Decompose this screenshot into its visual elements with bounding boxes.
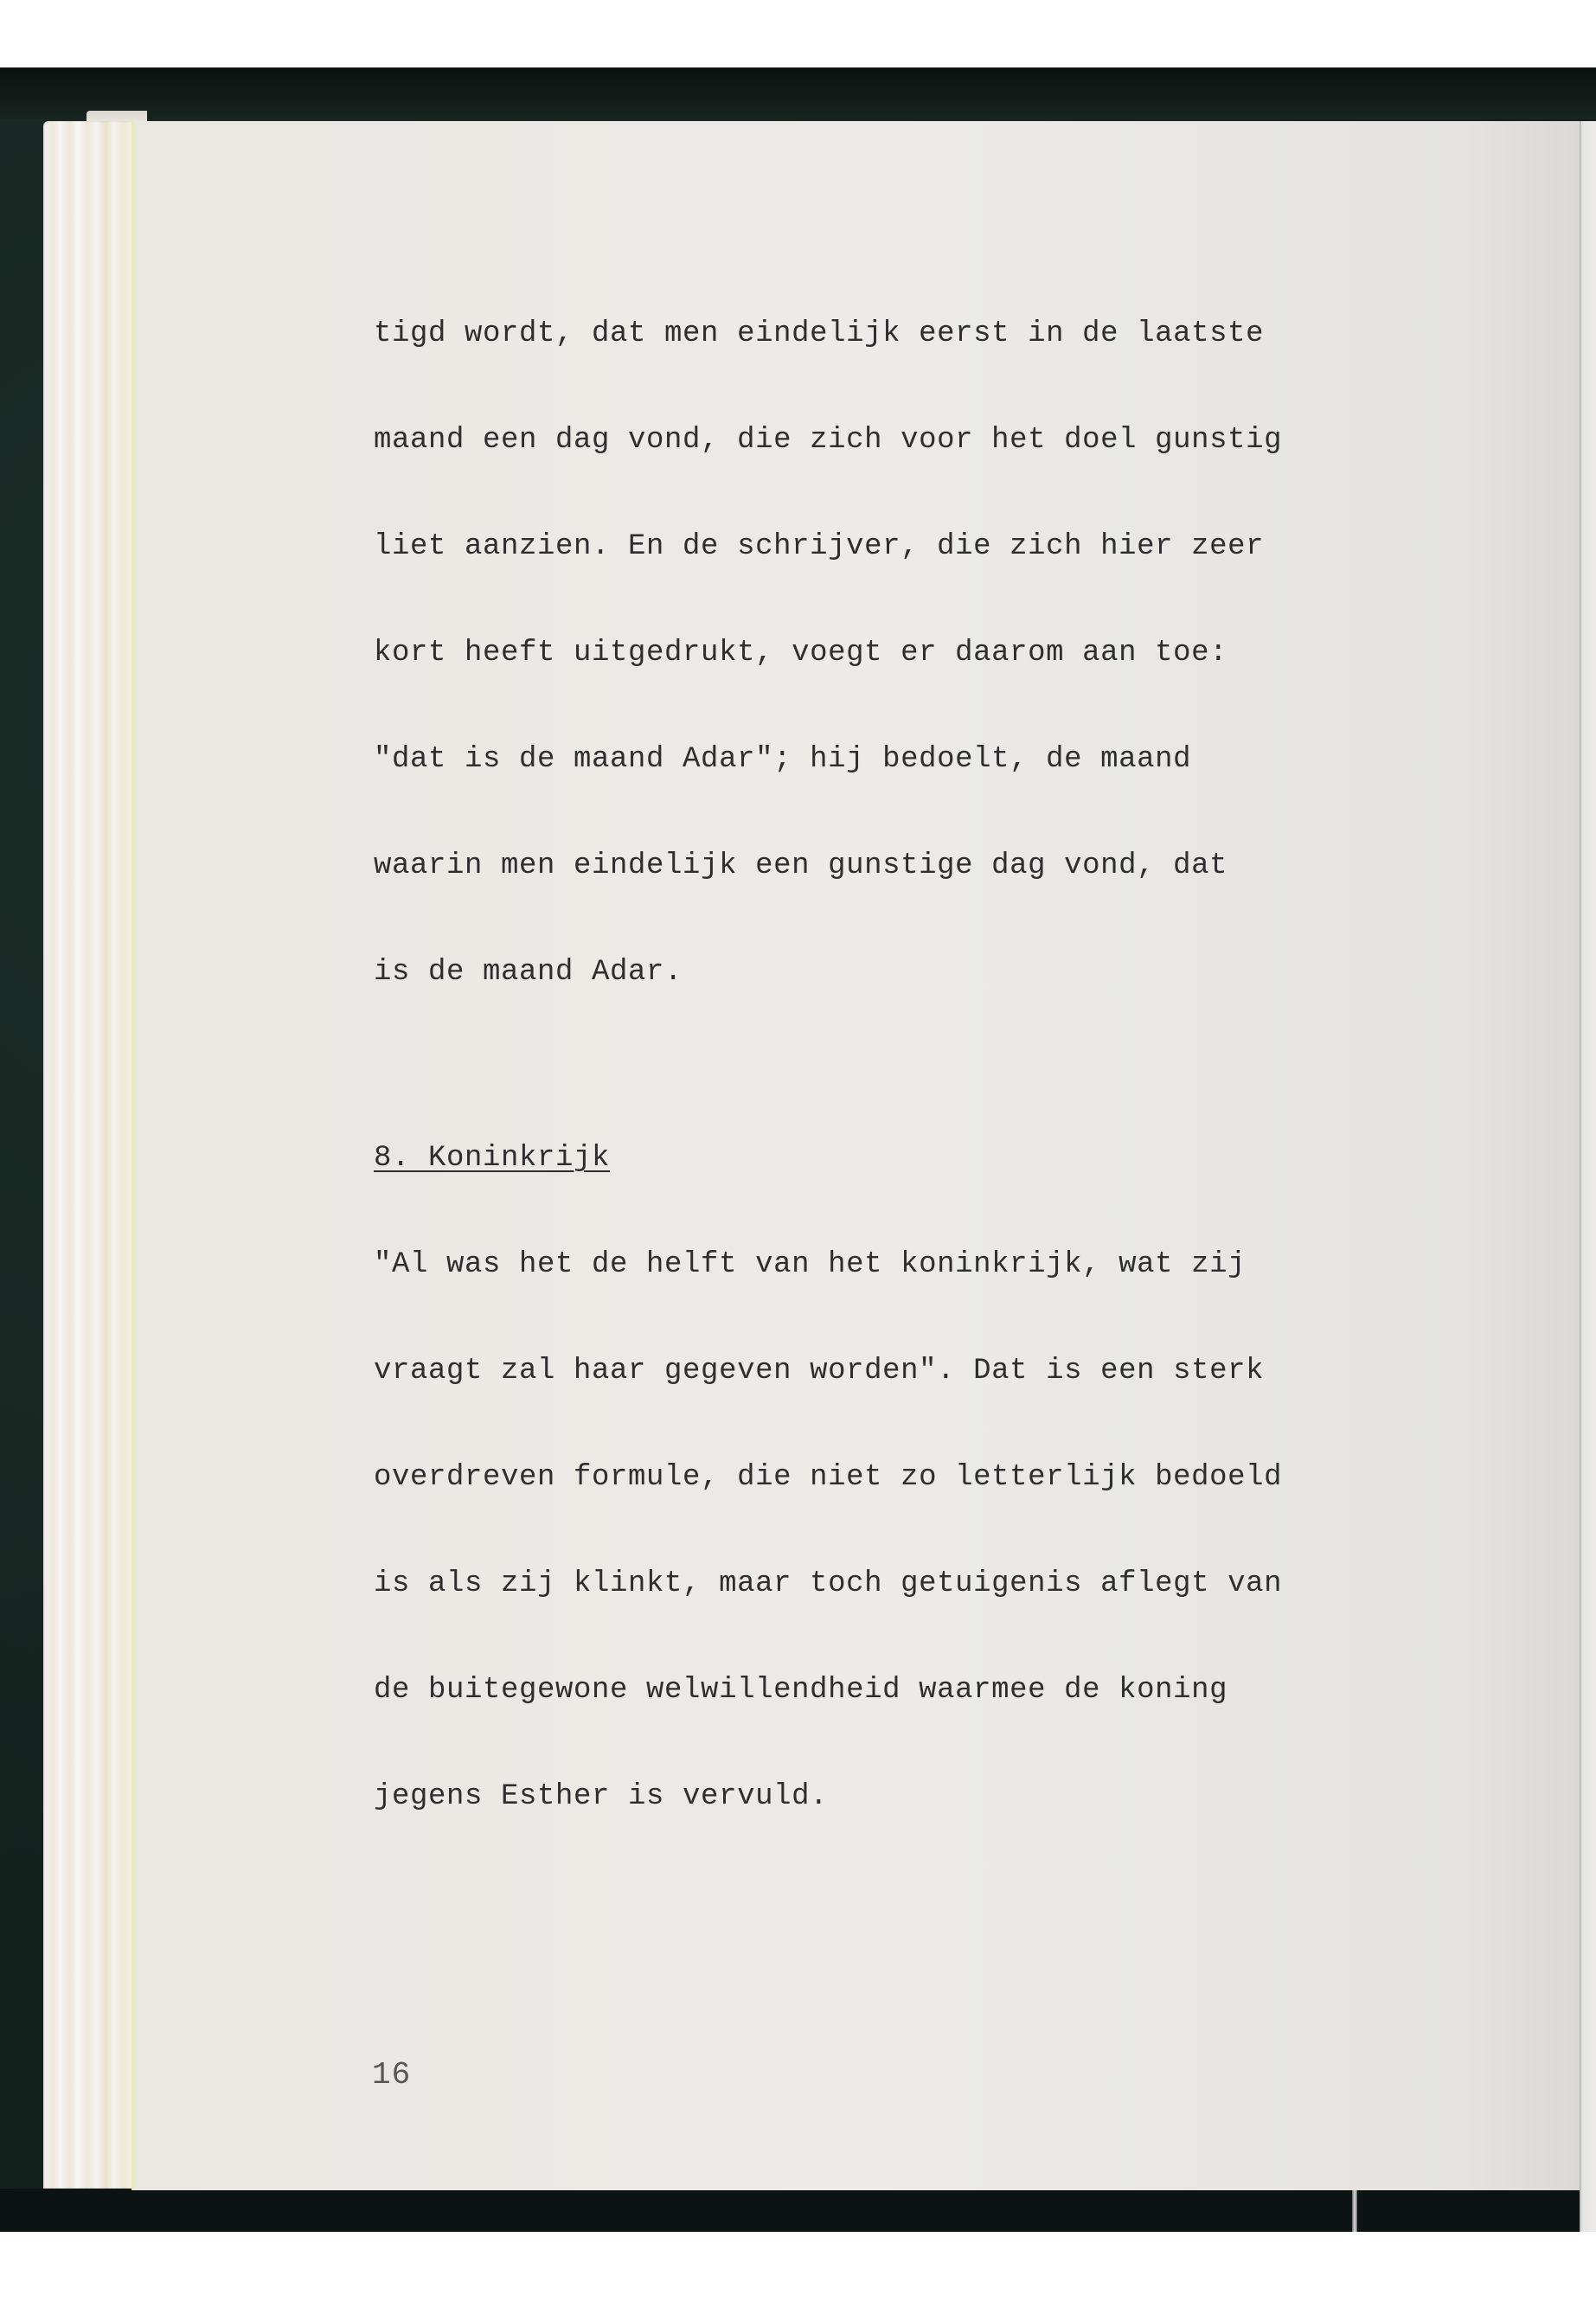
- text-line: overdreven formule, die niet zo letterli…: [374, 1460, 1481, 1496]
- text-line: liet aanzien. En de schrijver, die zich …: [374, 529, 1481, 565]
- page-edge-right: [1580, 121, 1596, 2232]
- text-line: is als zij klinkt, maar toch getuigenis …: [374, 1567, 1481, 1602]
- page-text: tigd wordt, dat men eindelijk eerst in d…: [374, 246, 1481, 1850]
- paragraph-gap: [374, 1061, 1481, 1070]
- spine-mark: [1352, 2190, 1357, 2232]
- book-cover-top-edge: [0, 67, 1596, 119]
- text-line: waarin men eindelijk een gunstige dag vo…: [374, 849, 1481, 884]
- text-line: is de maand Adar.: [374, 955, 1481, 990]
- text-line: jegens Esther is vervuld.: [374, 1779, 1481, 1815]
- section-heading: 8. Koninkrijk: [374, 1141, 1481, 1176]
- text-line: de buitegewone welwillendheid waarmee de…: [374, 1673, 1481, 1708]
- text-line: "Al was het de helft van het koninkrijk,…: [374, 1247, 1481, 1283]
- page-stack-edges: [43, 121, 138, 2189]
- text-line: vraagt zal haar gegeven worden". Dat is …: [374, 1354, 1481, 1389]
- text-line: maand een dag vond, die zich voor het do…: [374, 423, 1481, 458]
- text-line: "dat is de maand Adar"; hij bedoelt, de …: [374, 742, 1481, 778]
- text-line: tigd wordt, dat men eindelijk eerst in d…: [374, 317, 1481, 352]
- page-number: 16: [372, 2057, 411, 2093]
- text-line: kort heeft uitgedrukt, voegt er daarom a…: [374, 636, 1481, 671]
